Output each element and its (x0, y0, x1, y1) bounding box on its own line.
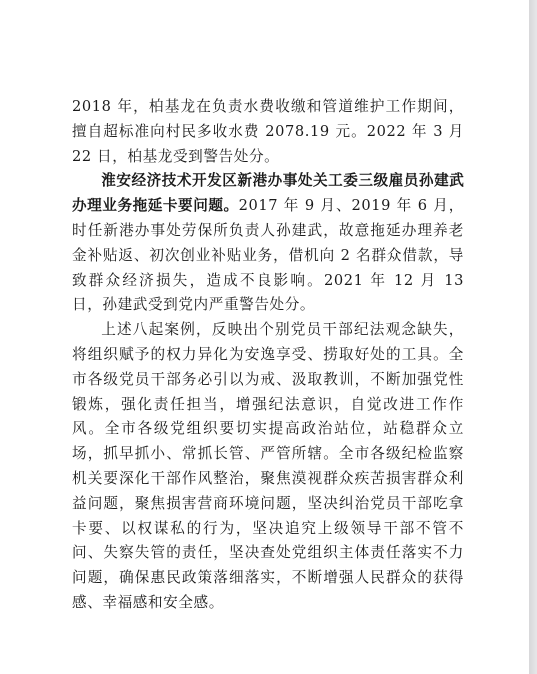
paragraph-text: 2017 年 9 月、2019 年 6 月，时任新港办事处劳保所负责人孙建武，故… (72, 197, 464, 313)
page-edge-shadow (529, 0, 537, 674)
paragraph-water-fee-case: 2018 年，柏基龙在负责水费收缴和管道维护工作期间，擅自超标准向村民多收水费 … (72, 95, 464, 169)
paragraph-text: 上述八起案例，反映出个别党员干部纪法观念缺失，将组织赋予的权力异化为安逸享受、捞… (72, 321, 464, 611)
paragraph-sun-jianwu-case: 淮安经济技术开发区新港办事处关工委三级雇员孙建武办理业务拖延卡要问题。2017 … (72, 169, 464, 318)
paragraph-text: 2018 年，柏基龙在负责水费收缴和管道维护工作期间，擅自超标准向村民多收水费 … (72, 98, 464, 165)
document-page: 2018 年，柏基龙在负责水费收缴和管道维护工作期间，擅自超标准向村民多收水费 … (0, 0, 529, 674)
document-body: 2018 年，柏基龙在负责水费收缴和管道维护工作期间，擅自超标准向村民多收水费 … (72, 95, 464, 616)
paragraph-summary: 上述八起案例，反映出个别党员干部纪法观念缺失，将组织赋予的权力异化为安逸享受、捞… (72, 318, 464, 616)
